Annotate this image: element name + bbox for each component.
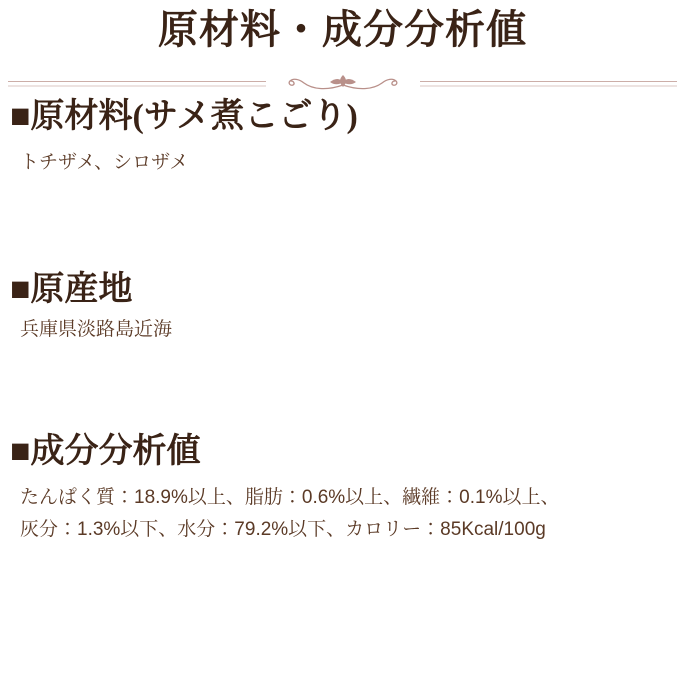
ingredients-text: トチザメ、シロザメ (0, 150, 685, 176)
flourish-icon (268, 72, 418, 94)
section-ingredients: ■原材料(サメ煮こごり) トチザメ、シロザメ (0, 96, 685, 176)
origin-heading: ■原産地 (0, 269, 685, 311)
ornamental-divider (8, 72, 677, 94)
divider-line-right (420, 81, 678, 85)
section-origin: ■原産地 兵庫県淡路島近海 (0, 269, 685, 343)
divider-line-left (8, 81, 266, 85)
analysis-text: たんぱく質：18.9%以上、脂肪：0.6%以上、繊維：0.1%以上、 灰分：1.… (0, 482, 685, 546)
origin-text: 兵庫県淡路島近海 (0, 317, 685, 343)
analysis-line-2: 灰分：1.3%以下、水分：79.2%以下、カロリー：85Kcal/100g (0, 514, 685, 546)
ingredients-heading: ■原材料(サメ煮こごり) (0, 96, 685, 138)
analysis-line-1: たんぱく質：18.9%以上、脂肪：0.6%以上、繊維：0.1%以上、 (0, 482, 685, 514)
analysis-heading: ■成分分析値 (0, 431, 685, 473)
product-info-panel: 原材料・成分分析値 ■原材料(サメ煮こごり) トチザメ、シロザメ ■原産地 兵庫… (0, 0, 685, 685)
section-analysis: ■成分分析値 たんぱく質：18.9%以上、脂肪：0.6%以上、繊維：0.1%以上… (0, 431, 685, 546)
page-title: 原材料・成分分析値 (0, 4, 685, 56)
